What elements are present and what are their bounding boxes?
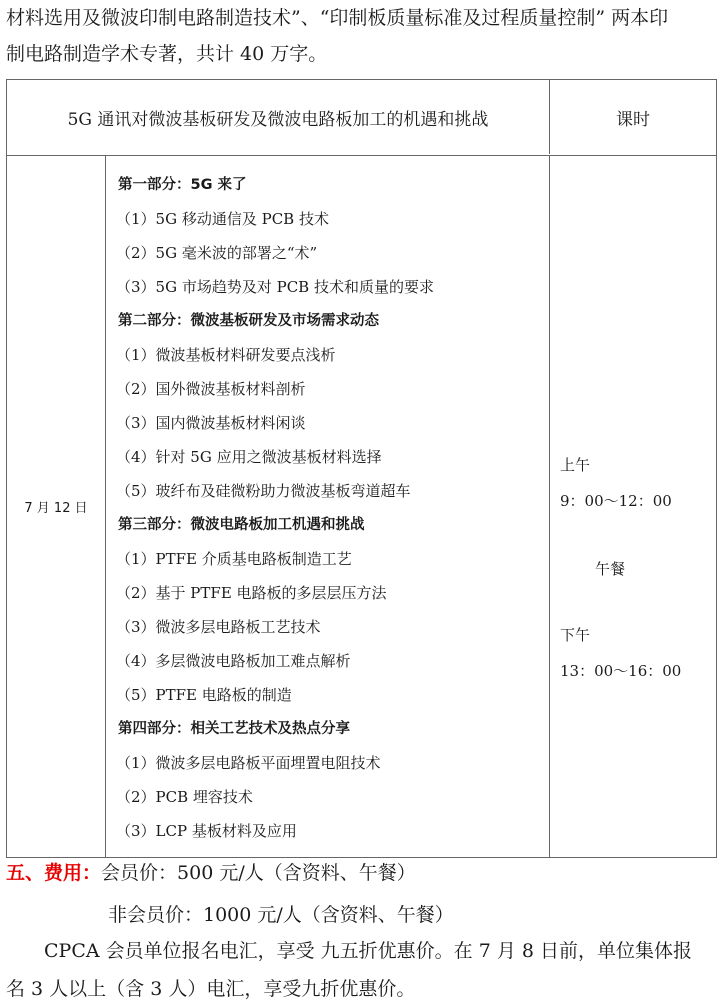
list-item: （5）PTFE 电路板的制造 — [106, 678, 549, 712]
section-heading: 第四部分：相关工艺技术及热点分享 — [106, 712, 549, 746]
intro-line-1: 材料选用及微波印制电路制造技术”、“印制板质量标准及过程质量控制” 两本印 — [6, 7, 718, 29]
schedule-table: 5G 通讯对微波基板研发及微波电路板加工的机遇和挑战 课时 7 月 12 日 第… — [6, 79, 717, 858]
list-item: （2）5G 毫米波的部署之“术” — [106, 236, 549, 270]
table-header-row: 5G 通讯对微波基板研发及微波电路板加工的机遇和挑战 课时 — [7, 80, 716, 156]
list-item: （1）PTFE 介质基电路板制造工艺 — [106, 542, 549, 576]
morning-label: 上午 — [560, 454, 590, 475]
discount-line-1: CPCA 会员单位报名电汇，享受 九五折优惠价。在 7 月 8 日前，单位集体报 — [44, 940, 720, 962]
lunch-label: 午餐 — [595, 558, 625, 579]
morning-time: 9：00～12：00 — [560, 490, 672, 511]
discount-line-2: 名 3 人以上（含 3 人）电汇，享受九折优惠价。 — [6, 978, 718, 1000]
hours-cell: 上午 9：00～12：00 午餐 下午 13：00～16：00 — [550, 156, 716, 857]
list-item: （2）基于 PTFE 电路板的多层层压方法 — [106, 576, 549, 610]
date-cell: 7 月 12 日 — [7, 156, 106, 857]
afternoon-label: 下午 — [560, 624, 590, 645]
list-item: （2）国外微波基板材料剖析 — [106, 372, 549, 406]
section-heading: 第二部分：微波基板研发及市场需求动态 — [106, 304, 549, 338]
content-cell: 第一部分：5G 来了 （1）5G 移动通信及 PCB 技术 （2）5G 毫米波的… — [106, 156, 550, 857]
list-item: （1）5G 移动通信及 PCB 技术 — [106, 202, 549, 236]
section-heading: 第三部分：微波电路板加工机遇和挑战 — [106, 508, 549, 542]
list-item: （4）多层微波电路板加工难点解析 — [106, 644, 549, 678]
list-item: （2）PCB 埋容技术 — [106, 780, 549, 814]
list-item: （1）微波多层电路板平面埋置电阻技术 — [106, 746, 549, 780]
afternoon-time: 13：00～16：00 — [560, 660, 681, 681]
list-item: （5）玻纤布及硅微粉助力微波基板弯道超车 — [106, 474, 549, 508]
fee-member-line: 五、费用：会员价：500 元/人（含资料、午餐） — [6, 862, 718, 884]
list-item: （3）国内微波基板材料闲谈 — [106, 406, 549, 440]
table-header-title: 5G 通讯对微波基板研发及微波电路板加工的机遇和挑战 — [7, 80, 550, 154]
list-item: （1）微波基板材料研发要点浅析 — [106, 338, 549, 372]
fees-heading: 五、费用： — [6, 862, 101, 884]
list-item: （4）针对 5G 应用之微波基板材料选择 — [106, 440, 549, 474]
list-item: （3）LCP 基板材料及应用 — [106, 814, 549, 848]
intro-line-2: 制电路制造学术专著，共计 40 万字。 — [6, 43, 718, 65]
section-heading: 第一部分：5G 来了 — [106, 168, 549, 202]
fee-non-member: 非会员价：1000 元/人（含资料、午餐） — [108, 904, 720, 926]
fee-member: 会员价：500 元/人（含资料、午餐） — [101, 862, 416, 884]
list-item: （3）5G 市场趋势及对 PCB 技术和质量的要求 — [106, 270, 549, 304]
table-header-hours: 课时 — [550, 80, 716, 154]
list-item: （3）微波多层电路板工艺技术 — [106, 610, 549, 644]
